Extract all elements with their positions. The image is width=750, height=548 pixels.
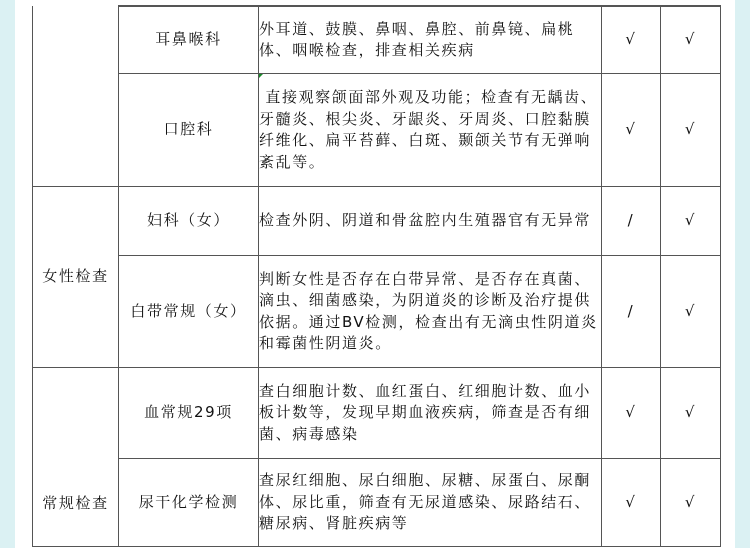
- comment-marker-icon: [259, 74, 263, 78]
- check-mark-a: √: [602, 368, 661, 459]
- item-name-cell: 尿干化学检测: [119, 459, 259, 547]
- item-name-cell: 耳鼻喉科: [119, 7, 259, 74]
- check-mark-b: √: [661, 459, 721, 547]
- check-mark-a: √: [602, 7, 661, 74]
- exam-items-table: 耳鼻喉科 外耳道、鼓膜、鼻咽、鼻腔、前鼻镜、扁桃体、咽喉检查，排查相关疾病 √ …: [32, 5, 721, 547]
- item-name-cell: 白带常规（女）: [119, 256, 259, 368]
- check-mark-a: /: [602, 187, 661, 256]
- item-name-cell: 妇科（女）: [119, 187, 259, 256]
- table-row: 白带常规（女） 判断女性是否存在白带异常、是否存在真菌、滴虫、细菌感染，为阴道炎…: [33, 256, 721, 368]
- description-cell: 外耳道、鼓膜、鼻咽、鼻腔、前鼻镜、扁桃体、咽喉检查，排查相关疾病: [259, 7, 602, 74]
- check-mark-b: √: [661, 187, 721, 256]
- document-page: 耳鼻喉科 外耳道、鼓膜、鼻咽、鼻腔、前鼻镜、扁桃体、咽喉检查，排查相关疾病 √ …: [15, 0, 735, 548]
- category-cell: 女性检查: [33, 187, 119, 368]
- table-row: 常规检查 血常规29项 查白细胞计数、血红蛋白、红细胞计数、血小板计数等，发现早…: [33, 368, 721, 459]
- category-cell: 常规检查: [33, 368, 119, 547]
- description-cell: 判断女性是否存在白带异常、是否存在真菌、滴虫、细菌感染，为阴道炎的诊断及治疗提供…: [259, 256, 602, 368]
- check-mark-a: √: [602, 459, 661, 547]
- item-name-cell: 血常规29项: [119, 368, 259, 459]
- table-row: 女性检查 妇科（女） 检查外阴、阴道和骨盆腔内生殖器官有无异常 / √: [33, 187, 721, 256]
- check-mark-b: √: [661, 74, 721, 187]
- table-row: 尿干化学检测 查尿红细胞、尿白细胞、尿糖、尿蛋白、尿酮体、尿比重，筛查有无尿道感…: [33, 459, 721, 547]
- description-cell: 查白细胞计数、血红蛋白、红细胞计数、血小板计数等，发现早期血液疾病，筛查是否有细…: [259, 368, 602, 459]
- description-cell: 查尿红细胞、尿白细胞、尿糖、尿蛋白、尿酮体、尿比重，筛查有无尿道感染、尿路结石、…: [259, 459, 602, 547]
- description-cell: 直接观察颌面部外观及功能；检查有无龋齿、牙髓炎、根尖炎、牙龈炎、牙周炎、口腔黏膜…: [259, 74, 602, 187]
- category-cell: [33, 7, 119, 187]
- table-row: 耳鼻喉科 外耳道、鼓膜、鼻咽、鼻腔、前鼻镜、扁桃体、咽喉检查，排查相关疾病 √ …: [33, 7, 721, 74]
- table-row: 口腔科 直接观察颌面部外观及功能；检查有无龋齿、牙髓炎、根尖炎、牙龈炎、牙周炎、…: [33, 74, 721, 187]
- description-text: 直接观察颌面部外观及功能；检查有无龋齿、牙髓炎、根尖炎、牙龈炎、牙周炎、口腔黏膜…: [259, 88, 597, 171]
- check-mark-a: √: [602, 74, 661, 187]
- item-name-cell: 口腔科: [119, 74, 259, 187]
- check-mark-a: /: [602, 256, 661, 368]
- check-mark-b: √: [661, 368, 721, 459]
- check-mark-b: √: [661, 256, 721, 368]
- description-cell: 检查外阴、阴道和骨盆腔内生殖器官有无异常: [259, 187, 602, 256]
- check-mark-b: √: [661, 7, 721, 74]
